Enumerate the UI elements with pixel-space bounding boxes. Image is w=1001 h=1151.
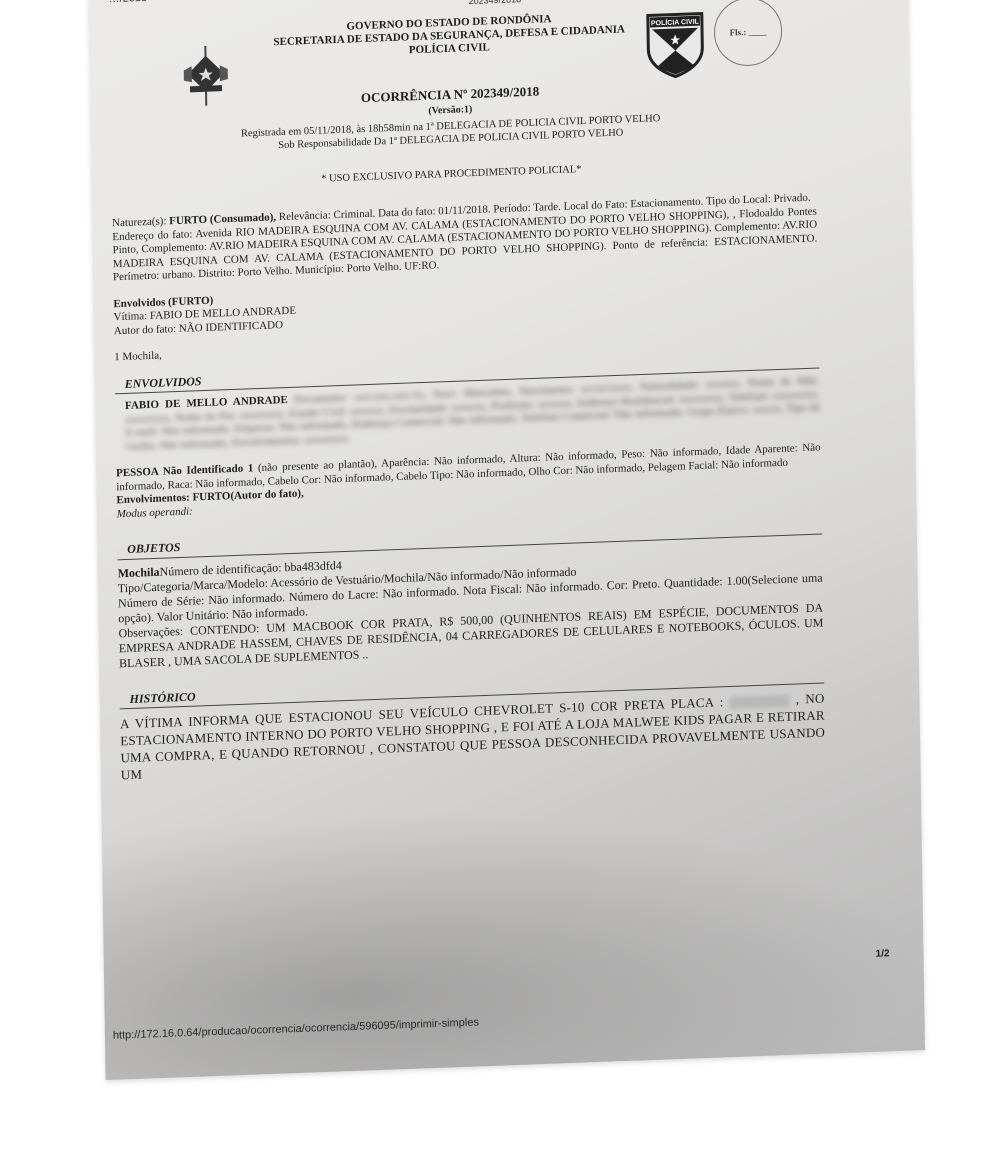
natureza-label: Natureza(s): [112, 215, 167, 229]
document-header: GOVERNO DO ESTADO DE RONDÔNIA SECRETARIA… [239, 9, 659, 63]
object-name: Mochila [118, 564, 160, 580]
plate-redacted [730, 695, 790, 709]
print-url: http://172.16.0.64/producao/ocorrencia/o… [113, 1016, 479, 1041]
page-number: 1/2 [876, 948, 890, 960]
document-code: 202349/2018 [469, 0, 522, 6]
police-badge-icon: POLÍCIA CIVIL [644, 7, 707, 79]
suspect-block: PESSOA Não Identificado 1 (não presente … [116, 441, 821, 521]
facts-block: Natureza(s): FURTO (Consumado), Relevânc… [112, 191, 818, 284]
modus-operandi: Modus operandi: [117, 505, 193, 520]
object-block: MochilaNúmero de identificação: bba483df… [118, 540, 824, 671]
corner-code: …/2018 [109, 0, 148, 5]
state-emblem-icon [179, 45, 232, 107]
exclusive-use-notice: * USO EXCLUSIVO PARA PROCEDIMENTO POLICI… [241, 161, 661, 187]
document-body: Natureza(s): FURTO (Consumado), Relevânc… [112, 191, 826, 796]
document-sheet: …/2018 202349/2018 GOVERNO DO ESTADO DE … [88, 0, 925, 1080]
page-stamp: Fls.: ____ [714, 0, 783, 67]
